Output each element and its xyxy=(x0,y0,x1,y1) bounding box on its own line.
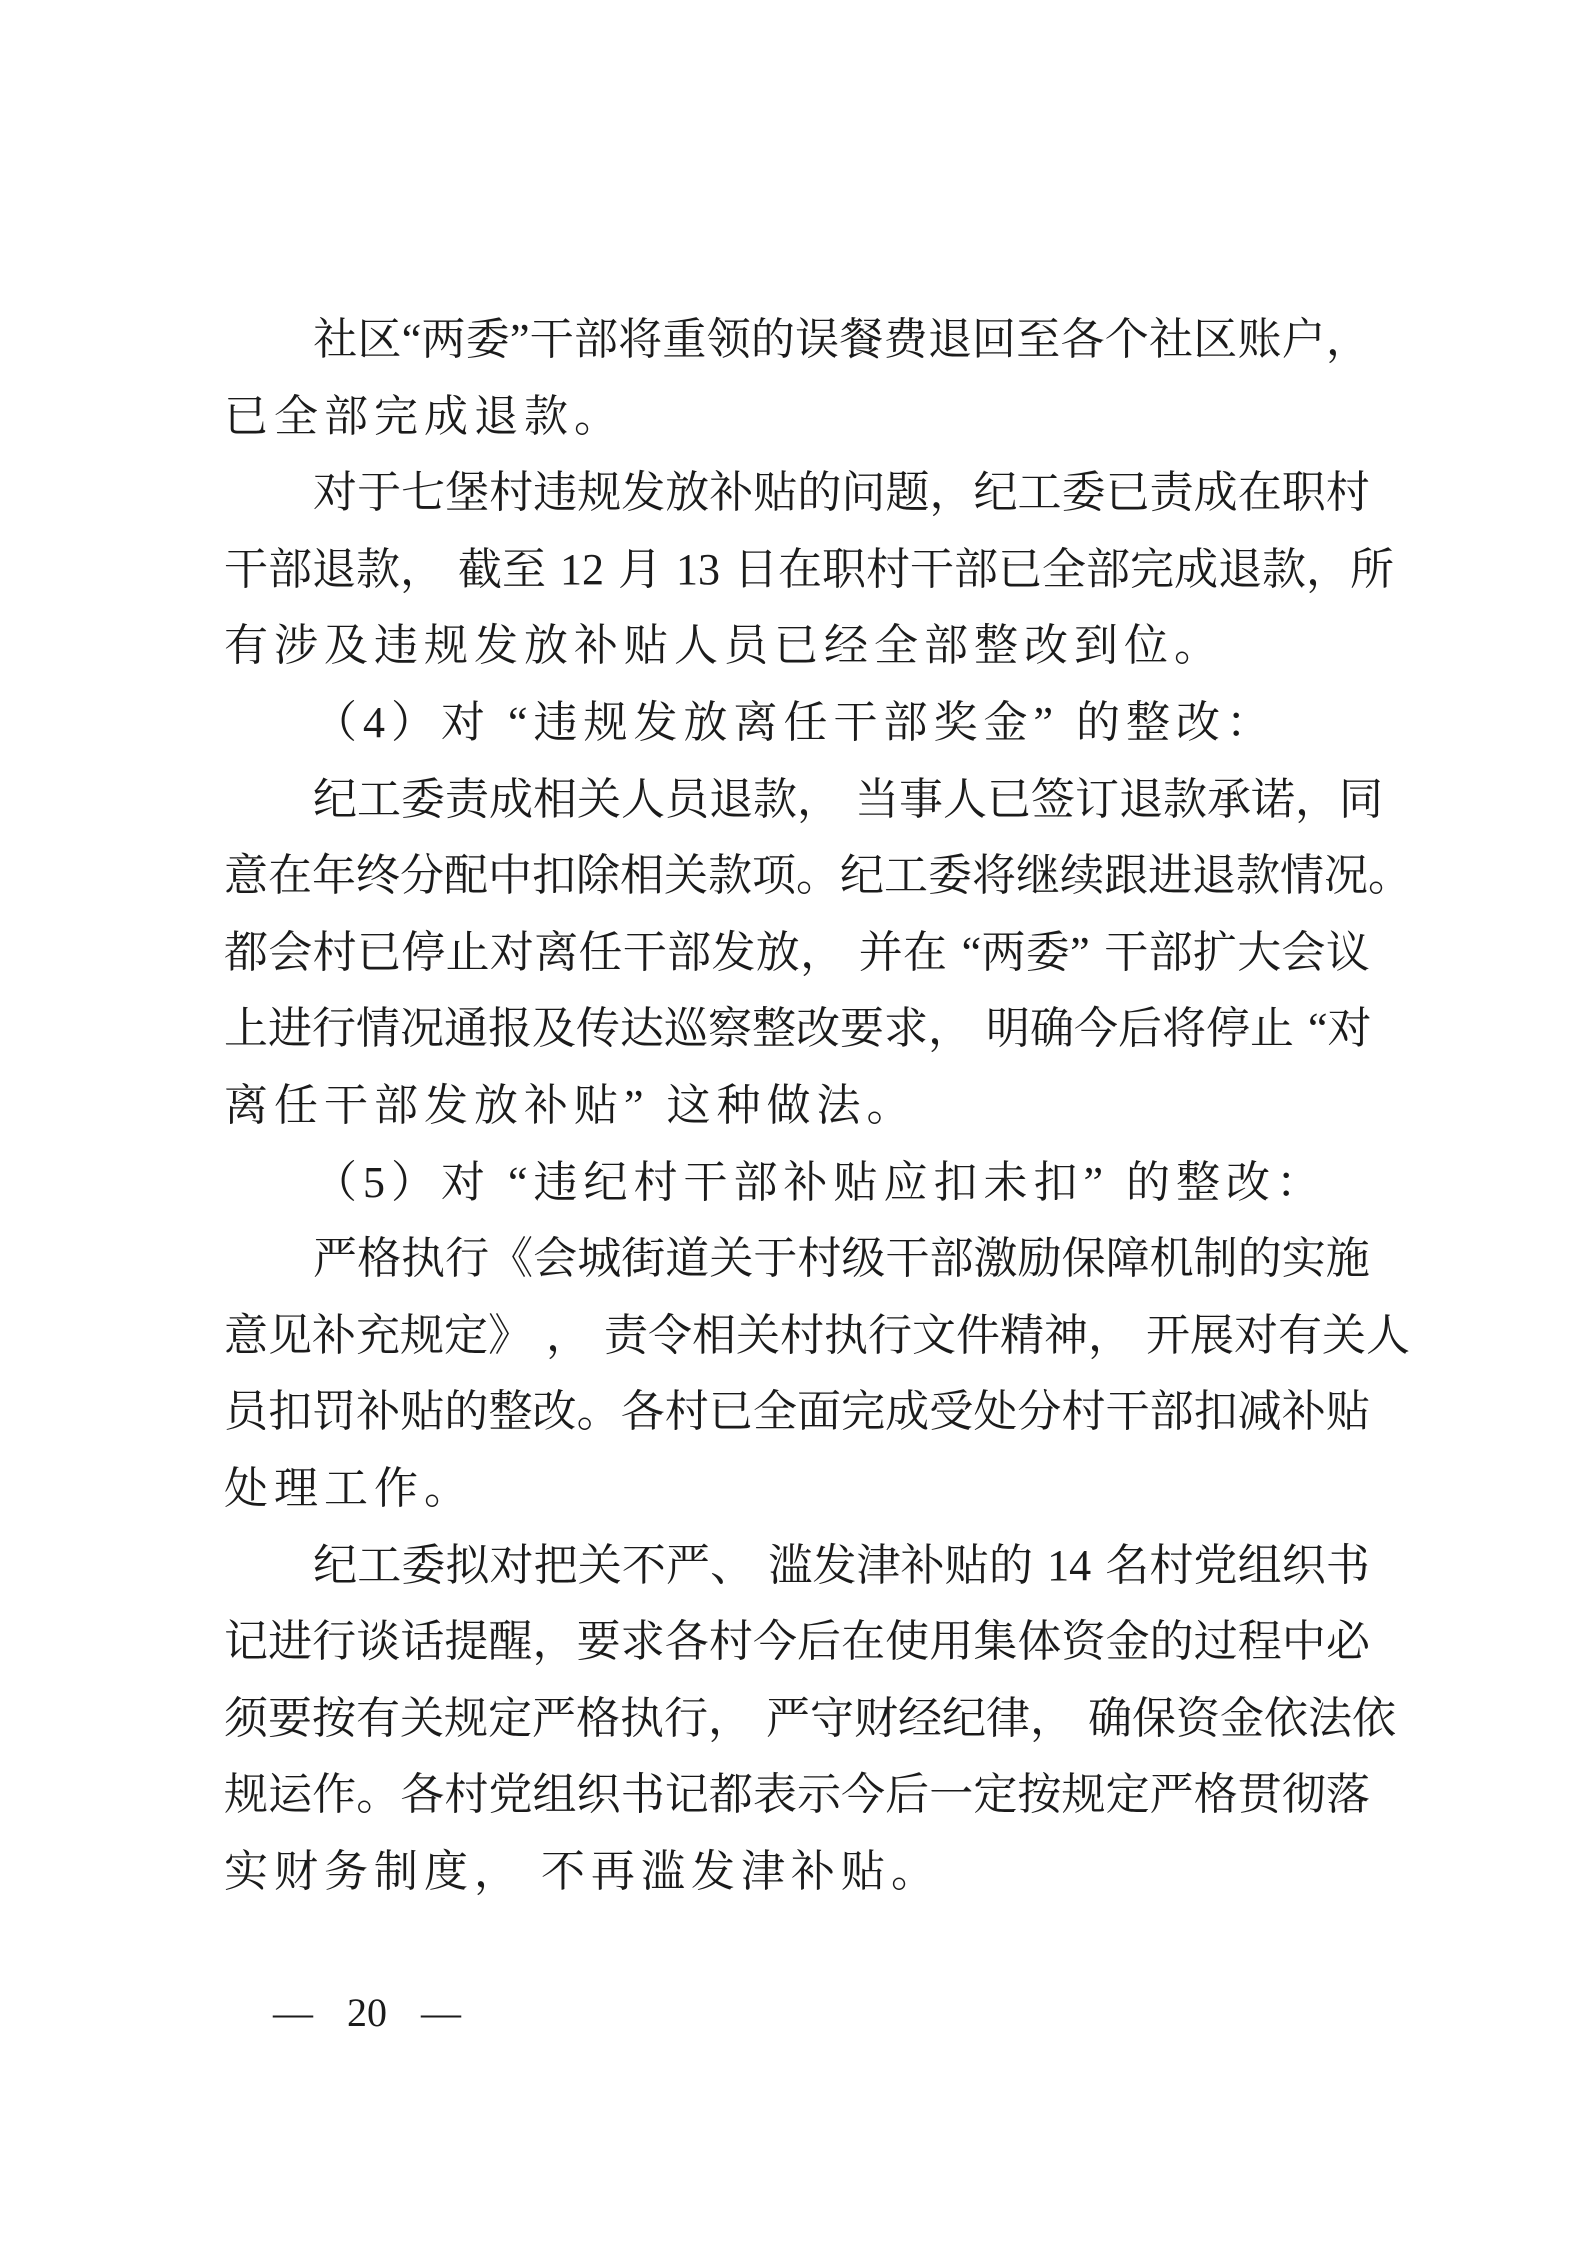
glyph: ， xyxy=(708,1681,752,1758)
glyph: 款 xyxy=(1262,532,1306,609)
glyph: ， xyxy=(400,532,444,609)
glyph: 个 xyxy=(1105,302,1149,379)
glyph: 确 xyxy=(1030,991,1074,1068)
glyph: 今 xyxy=(1074,991,1118,1068)
glyph: 规 xyxy=(224,1757,268,1834)
glyph: 社 xyxy=(1149,302,1193,379)
document-page: 社区“两委”干部将重领的误餐费退回至各个社区账户，已全部完成退款。对于七堡村违规… xyxy=(0,0,1587,2245)
glyph: ， xyxy=(929,455,973,532)
glyph: “ xyxy=(402,302,422,379)
glyph: 所 xyxy=(1350,532,1394,609)
glyph: 部 xyxy=(954,532,998,609)
glyph: 相 xyxy=(620,838,664,915)
glyph: 成 xyxy=(489,762,533,839)
glyph: 补 xyxy=(901,1528,945,1605)
glyph: 委 xyxy=(401,1528,445,1605)
glyph: 贴 xyxy=(753,455,797,532)
glyph: 话 xyxy=(400,1604,444,1681)
glyph: 都 xyxy=(224,915,268,992)
glyph: 严 xyxy=(532,1681,576,1758)
glyph: 退 xyxy=(1218,532,1262,609)
glyph: 将 xyxy=(1162,991,1206,1068)
glyph: 人 xyxy=(621,762,665,839)
glyph: 后 xyxy=(1118,991,1162,1068)
footer-right-dash: — xyxy=(421,1993,461,2033)
glyph: 规 xyxy=(444,1681,488,1758)
glyph: 定 xyxy=(1106,1757,1150,1834)
glyph: 实 xyxy=(1282,1221,1326,1298)
glyph: 离 xyxy=(534,915,578,992)
glyph: 委 xyxy=(401,762,445,839)
text-run: （5）对 “违纪村干部补贴应扣未扣” 的整改： xyxy=(313,1158,1326,1207)
glyph: 进 xyxy=(1148,838,1192,915)
glyph: 部 xyxy=(1149,915,1193,992)
glyph: 部 xyxy=(667,915,711,992)
glyph: 中 xyxy=(488,838,532,915)
glyph: 将 xyxy=(618,302,662,379)
glyph: 明 xyxy=(986,991,1030,1068)
glyph: 退 xyxy=(928,302,972,379)
page-number: 20 xyxy=(347,1993,387,2033)
glyph: 将 xyxy=(972,838,1016,915)
glyph: 已 xyxy=(357,915,401,992)
glyph: 职 xyxy=(822,532,866,609)
glyph: 织 xyxy=(1282,1528,1326,1605)
glyph: 党 xyxy=(488,1757,532,1834)
text-run: （4）对 “违规发放离任干部奖金” 的整改： xyxy=(313,698,1276,747)
glyph: 及 xyxy=(532,991,576,1068)
glyph: 罚 xyxy=(312,1374,356,1451)
glyph: 任 xyxy=(579,915,623,992)
glyph: 诺 xyxy=(1251,762,1295,839)
text-line: 都会村已停止对离任干部发放，并在“两委”干部扩大会议 xyxy=(224,915,1370,992)
glyph: 的 xyxy=(1238,1221,1282,1298)
glyph: 传 xyxy=(576,991,620,1068)
glyph: 关 xyxy=(664,838,708,915)
glyph: 款 xyxy=(356,532,400,609)
page-footer: — 20 — xyxy=(273,1993,461,2033)
glyph: 项 xyxy=(752,838,796,915)
glyph: 除 xyxy=(576,838,620,915)
glyph: 不 xyxy=(622,1528,666,1605)
text-run: 实财务制度， 不再滥发津补贴。 xyxy=(224,1847,941,1896)
glyph: 励 xyxy=(1018,1221,1062,1298)
glyph: 部 xyxy=(929,1221,973,1298)
glyph: 纪 xyxy=(313,762,357,839)
glyph: 补 xyxy=(1282,1374,1326,1451)
glyph: 村 xyxy=(797,1221,841,1298)
glyph: 用 xyxy=(929,1604,973,1681)
glyph: 各 xyxy=(400,1757,444,1834)
glyph: 组 xyxy=(533,1757,577,1834)
glyph: 干 xyxy=(910,532,954,609)
glyph: 成 xyxy=(1194,455,1238,532)
glyph: 提 xyxy=(444,1604,488,1681)
glyph: 大 xyxy=(1237,915,1281,992)
glyph: 减 xyxy=(1238,1374,1282,1451)
glyph: 定 xyxy=(444,1298,488,1375)
glyph: 完 xyxy=(841,1374,885,1451)
glyph: 村 xyxy=(866,532,910,609)
glyph: 城 xyxy=(577,1221,621,1298)
glyph: 问 xyxy=(841,455,885,532)
glyph: 严 xyxy=(1150,1757,1194,1834)
glyph: 书 xyxy=(621,1757,665,1834)
glyph: 村 xyxy=(665,1374,709,1451)
glyph: 令 xyxy=(648,1298,692,1375)
glyph: 都 xyxy=(709,1757,753,1834)
glyph: 违 xyxy=(533,455,577,532)
glyph: 款 xyxy=(708,838,752,915)
glyph: 意 xyxy=(224,1298,268,1375)
glyph: 把 xyxy=(534,1528,578,1605)
glyph: 承 xyxy=(1207,762,1251,839)
glyph: 发 xyxy=(621,455,665,532)
glyph: 财 xyxy=(854,1681,898,1758)
glyph: 执 xyxy=(824,1298,868,1375)
glyph: 截 xyxy=(458,532,502,609)
glyph: 于 xyxy=(357,455,401,532)
glyph: 今 xyxy=(753,1604,797,1681)
glyph: 已 xyxy=(987,762,1031,839)
text-line: 上进行情况通报及传达巡察整改要求，明确今后将停止“对 xyxy=(224,991,1370,1068)
glyph: 展 xyxy=(1190,1298,1234,1375)
text-line: 实财务制度， 不再滥发津补贴。 xyxy=(224,1834,1370,1911)
glyph: 执 xyxy=(401,1221,445,1298)
glyph: 重 xyxy=(662,302,706,379)
glyph: ， xyxy=(546,1298,590,1375)
glyph: 格 xyxy=(576,1681,620,1758)
glyph: 党 xyxy=(1194,1528,1238,1605)
glyph: 律 xyxy=(986,1681,1030,1758)
glyph: 要 xyxy=(268,1681,312,1758)
glyph: 面 xyxy=(797,1374,841,1451)
glyph: 书 xyxy=(1326,1528,1370,1605)
glyph: 上 xyxy=(224,991,268,1068)
glyph: 款 xyxy=(753,762,797,839)
glyph: 》 xyxy=(488,1298,532,1375)
glyph: 款 xyxy=(1163,762,1207,839)
glyph: 两 xyxy=(981,915,1025,992)
glyph: 表 xyxy=(753,1757,797,1834)
glyph: 放 xyxy=(756,915,800,992)
glyph: 法 xyxy=(1308,1681,1352,1758)
glyph: 年 xyxy=(312,838,356,915)
glyph: 部 xyxy=(574,302,618,379)
glyph: 情 xyxy=(1280,838,1324,915)
text-run: 有涉及违规发放补贴人员已经全部整改到位。 xyxy=(224,621,1224,670)
glyph: 记 xyxy=(665,1757,709,1834)
glyph: 巡 xyxy=(664,991,708,1068)
glyph: 定 xyxy=(973,1757,1017,1834)
glyph: 已 xyxy=(998,532,1042,609)
glyph: 进 xyxy=(268,1604,312,1681)
glyph: 有 xyxy=(356,1681,400,1758)
glyph: 发 xyxy=(711,915,755,992)
glyph: 织 xyxy=(577,1757,621,1834)
glyph: 放 xyxy=(665,455,709,532)
glyph: 跟 xyxy=(1104,838,1148,915)
glyph: 日 xyxy=(734,532,778,609)
glyph: 发 xyxy=(812,1528,856,1605)
glyph: 误 xyxy=(795,302,839,379)
glyph: 处 xyxy=(973,1374,1017,1451)
glyph: 村 xyxy=(1326,455,1370,532)
glyph: 谈 xyxy=(356,1604,400,1681)
text-line: 规运作。各村党组织书记都表示今后一定按规定严格贯彻落 xyxy=(224,1757,1370,1834)
glyph: 村 xyxy=(780,1298,824,1375)
glyph: 工 xyxy=(357,1528,401,1605)
glyph: 须 xyxy=(224,1681,268,1758)
glyph: 察 xyxy=(708,991,752,1068)
glyph: 继 xyxy=(1016,838,1060,915)
glyph: 纪 xyxy=(942,1681,986,1758)
glyph: 干 xyxy=(885,1221,929,1298)
glyph: 续 xyxy=(1060,838,1104,915)
glyph: 村 xyxy=(1061,1374,1105,1451)
glyph: 机 xyxy=(1150,1221,1194,1298)
glyph: 在 xyxy=(268,838,312,915)
glyph: 保 xyxy=(1062,1221,1106,1298)
text-line: 社区“两委”干部将重领的误餐费退回至各个社区账户， xyxy=(224,302,1370,379)
glyph: 况 xyxy=(400,991,444,1068)
glyph: 要 xyxy=(840,991,884,1068)
glyph: 规 xyxy=(400,1298,444,1375)
glyph: 止 xyxy=(1250,991,1294,1068)
glyph: 一 xyxy=(929,1757,973,1834)
glyph: 部 xyxy=(1150,1374,1194,1451)
glyph: 全 xyxy=(1042,532,1086,609)
glyph: 过 xyxy=(1194,1604,1238,1681)
glyph: 障 xyxy=(1106,1221,1150,1298)
glyph: 行 xyxy=(312,1604,356,1681)
text-line: 纪工委责成相关人员退款，当事人已签订退款承诺，同 xyxy=(224,762,1370,839)
glyph: 干 xyxy=(224,532,268,609)
glyph: 体 xyxy=(1017,1604,1061,1681)
text-line: 意见补充规定》，责令相关村执行文件精神，开展对有关人 xyxy=(224,1298,1370,1375)
text-line: 纪工委拟对把关不严、滥发津补贴的14名村党组织书 xyxy=(224,1528,1370,1605)
glyph: 成 xyxy=(885,1374,929,1451)
glyph: 的 xyxy=(751,302,795,379)
glyph: 严 xyxy=(666,1528,710,1605)
glyph: 按 xyxy=(1017,1757,1061,1834)
glyph: 退 xyxy=(709,762,753,839)
glyph: 已 xyxy=(709,1374,753,1451)
glyph: 。 xyxy=(1368,838,1412,915)
glyph: 对 xyxy=(490,915,534,992)
glyph: 在 xyxy=(903,915,947,992)
glyph: 同 xyxy=(1339,762,1383,839)
glyph: 贴 xyxy=(945,1528,989,1605)
glyph: 达 xyxy=(620,991,664,1068)
glyph: 的 xyxy=(989,1528,1033,1605)
glyph: 件 xyxy=(956,1298,1000,1375)
glyph: 求 xyxy=(621,1604,665,1681)
glyph: 13 xyxy=(676,532,720,609)
glyph: 委 xyxy=(928,838,972,915)
glyph: 意 xyxy=(224,838,268,915)
glyph: 保 xyxy=(1132,1681,1176,1758)
glyph: 改 xyxy=(796,991,840,1068)
glyph: 组 xyxy=(1238,1528,1282,1605)
glyph: 作 xyxy=(312,1757,356,1834)
glyph: 户 xyxy=(1282,302,1326,379)
glyph: 《 xyxy=(489,1221,533,1298)
glyph: 配 xyxy=(444,838,488,915)
glyph: 责 xyxy=(1150,455,1194,532)
glyph: 款 xyxy=(1236,838,1280,915)
glyph: 干 xyxy=(1106,1374,1150,1451)
glyph: 。 xyxy=(796,838,840,915)
glyph: 职 xyxy=(1282,455,1326,532)
text-line: 有涉及违规发放补贴人员已经全部整改到位。 xyxy=(224,608,1370,685)
glyph: 示 xyxy=(797,1757,841,1834)
glyph: 14 xyxy=(1047,1528,1091,1605)
glyph: 纪 xyxy=(974,455,1018,532)
glyph: 改 xyxy=(533,1374,577,1451)
glyph: 对 xyxy=(313,455,357,532)
glyph: 扣 xyxy=(1194,1374,1238,1451)
glyph: 分 xyxy=(400,838,444,915)
glyph: 津 xyxy=(857,1528,901,1605)
glyph: 会 xyxy=(1282,915,1326,992)
glyph: 退 xyxy=(1192,838,1236,915)
glyph: 退 xyxy=(1119,762,1163,839)
glyph: ， xyxy=(800,915,844,992)
glyph: 后 xyxy=(797,1604,841,1681)
glyph: 题 xyxy=(885,455,929,532)
glyph: 全 xyxy=(753,1374,797,1451)
text-run: 已全部完成退款。 xyxy=(224,392,624,441)
glyph: 扩 xyxy=(1193,915,1237,992)
glyph: 制 xyxy=(1194,1221,1238,1298)
glyph: ， xyxy=(1088,1298,1132,1375)
glyph: 贴 xyxy=(400,1374,444,1451)
glyph: 资 xyxy=(1176,1681,1220,1758)
glyph: ， xyxy=(1306,532,1350,609)
glyph: 签 xyxy=(1031,762,1075,839)
glyph: 使 xyxy=(885,1604,929,1681)
glyph: 人 xyxy=(1366,1298,1410,1375)
glyph: 集 xyxy=(973,1604,1017,1681)
glyph: 各 xyxy=(665,1604,709,1681)
glyph: 责 xyxy=(445,762,489,839)
glyph: 中 xyxy=(1282,1604,1326,1681)
glyph: 干 xyxy=(623,915,667,992)
text-line: 对于七堡村违规发放补贴的问题，纪工委已责成在职村 xyxy=(224,455,1370,532)
glyph: 文 xyxy=(912,1298,956,1375)
text-line: 离任干部发放补贴” 这种做法。 xyxy=(224,1068,1370,1145)
glyph: 行 xyxy=(445,1221,489,1298)
glyph: 况 xyxy=(1324,838,1368,915)
glyph: 贴 xyxy=(1326,1374,1370,1451)
glyph: 行 xyxy=(664,1681,708,1758)
glyph: 进 xyxy=(268,991,312,1068)
glyph: 12 xyxy=(560,532,604,609)
text-line: 已全部完成退款。 xyxy=(224,379,1370,456)
glyph: 村 xyxy=(489,455,533,532)
glyph: 对 xyxy=(1328,991,1372,1068)
glyph: 停 xyxy=(401,915,445,992)
glyph: 见 xyxy=(268,1298,312,1375)
glyph: 神 xyxy=(1044,1298,1088,1375)
glyph: 村 xyxy=(444,1757,488,1834)
glyph: 两 xyxy=(421,302,465,379)
glyph: 并 xyxy=(859,915,903,992)
glyph: 施 xyxy=(1326,1221,1370,1298)
glyph: 补 xyxy=(356,1374,400,1451)
glyph: 成 xyxy=(1174,532,1218,609)
glyph: 部 xyxy=(1086,532,1130,609)
glyph: 区 xyxy=(357,302,401,379)
glyph: 、 xyxy=(710,1528,754,1605)
glyph: 至 xyxy=(502,532,546,609)
glyph: 停 xyxy=(1206,991,1250,1068)
glyph: 终 xyxy=(356,838,400,915)
glyph: 定 xyxy=(488,1681,532,1758)
glyph: 关 xyxy=(736,1298,780,1375)
glyph: 的 xyxy=(1150,1604,1194,1681)
glyph: ， xyxy=(797,762,841,839)
text-line: 须要按有关规定严格执行，严守财经纪律，确保资金依法依 xyxy=(224,1681,1370,1758)
glyph: ” xyxy=(510,302,530,379)
text-line: 员扣罚补贴的整改。各村已全面完成受处分村干部扣减补贴 xyxy=(224,1374,1370,1451)
glyph: 关 xyxy=(578,1528,622,1605)
glyph: 按 xyxy=(312,1681,356,1758)
glyph: 堡 xyxy=(445,455,489,532)
glyph: 必 xyxy=(1326,1604,1370,1681)
glyph: 精 xyxy=(1000,1298,1044,1375)
glyph: 事 xyxy=(899,762,943,839)
glyph: 守 xyxy=(810,1681,854,1758)
glyph: ， xyxy=(1326,302,1370,379)
glyph: 止 xyxy=(446,915,490,992)
text-line: 记进行谈话提醒，要求各村今后在使用集体资金的过程中必 xyxy=(224,1604,1370,1681)
glyph: 情 xyxy=(356,991,400,1068)
glyph: 严 xyxy=(766,1681,810,1758)
glyph: 分 xyxy=(1017,1374,1061,1451)
glyph: 各 xyxy=(1061,302,1105,379)
glyph: 委 xyxy=(1026,915,1070,992)
glyph: 在 xyxy=(841,1604,885,1681)
glyph: 员 xyxy=(224,1374,268,1451)
glyph: 议 xyxy=(1326,915,1370,992)
glyph: 执 xyxy=(620,1681,664,1758)
glyph: 完 xyxy=(1130,532,1174,609)
glyph: “ xyxy=(962,915,982,992)
glyph: 。 xyxy=(356,1757,400,1834)
glyph: 对 xyxy=(1234,1298,1278,1375)
glyph: 充 xyxy=(356,1298,400,1375)
glyph: 对 xyxy=(490,1528,534,1605)
glyph: 严 xyxy=(313,1221,357,1298)
glyph: 相 xyxy=(533,762,577,839)
glyph: 补 xyxy=(312,1298,356,1375)
glyph: 委 xyxy=(466,302,510,379)
glyph: 有 xyxy=(1278,1298,1322,1375)
glyph: 委 xyxy=(1062,455,1106,532)
glyph: 账 xyxy=(1237,302,1281,379)
glyph: 七 xyxy=(401,455,445,532)
glyph: 员 xyxy=(665,762,709,839)
glyph: 贯 xyxy=(1238,1757,1282,1834)
glyph: 后 xyxy=(885,1757,929,1834)
glyph: 领 xyxy=(707,302,751,379)
glyph: 村 xyxy=(1149,1528,1193,1605)
glyph: 规 xyxy=(1061,1757,1105,1834)
glyph: 关 xyxy=(1322,1298,1366,1375)
glyph: 确 xyxy=(1088,1681,1132,1758)
